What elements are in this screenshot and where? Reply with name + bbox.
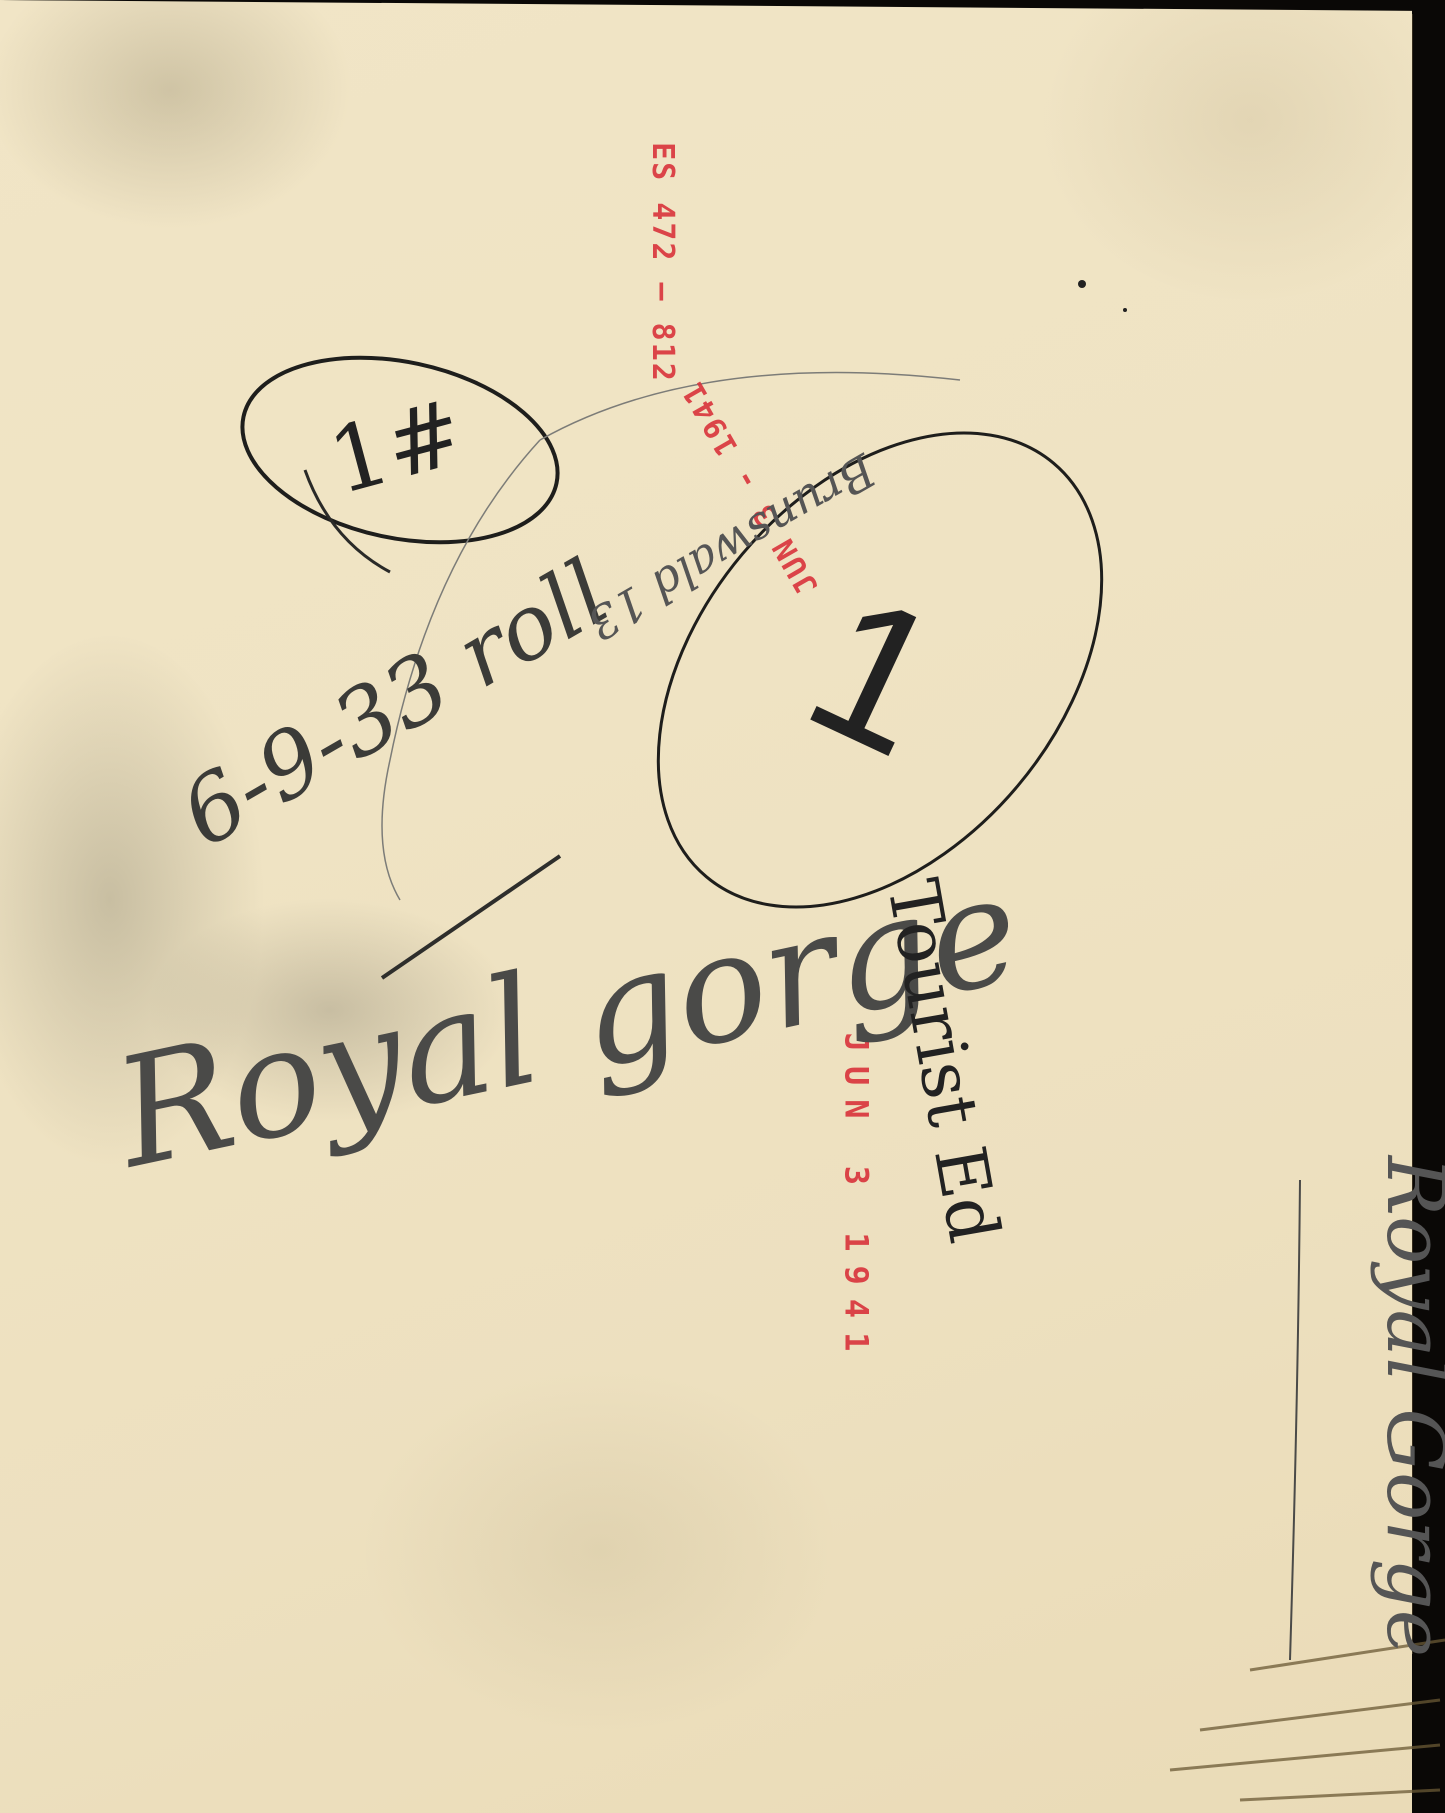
date-stamp-lower: JUN 3 1941 <box>837 1033 875 1366</box>
catalog-number-stamp: ES 472 — 812 <box>645 142 680 383</box>
margin-title-royal-gorge: Royal Gorge <box>1369 1156 1445 1657</box>
